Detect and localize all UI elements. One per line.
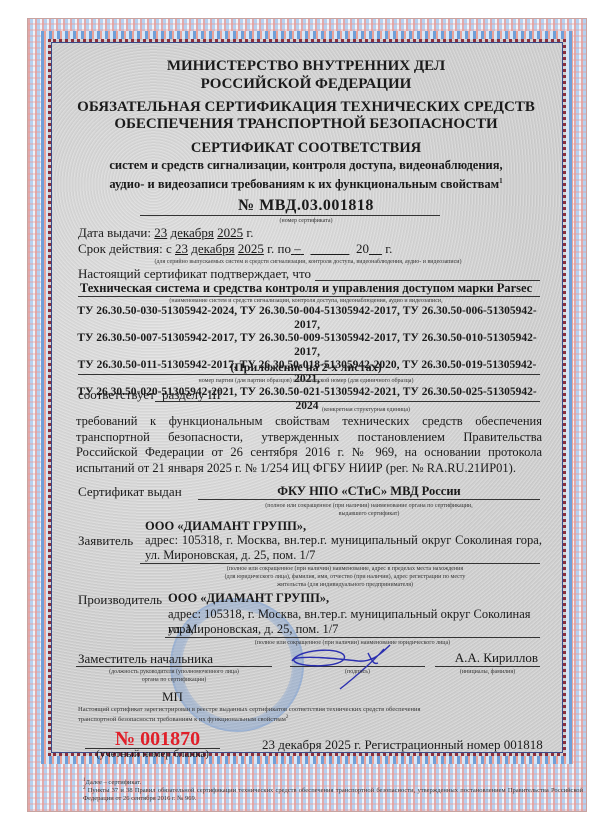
name-caption: (инициалы, фамилия) (435, 668, 540, 676)
validity-caption: (для серийно выпускаемых систем и средст… (78, 258, 538, 266)
registration-number: 23 декабря 2025 г. Регистрационный номер… (262, 737, 543, 753)
tu-line: ТУ 26.30.50-030-51305942-2024, ТУ 26.30.… (72, 305, 542, 332)
issuer-caption-line1: (полное или сокращенное (при наличии) на… (198, 502, 540, 510)
seal-label: МП (162, 689, 183, 705)
validity-period: Срок действия: с 23 декабря 2025 г. по –… (78, 241, 392, 257)
signature-scribble (280, 637, 410, 692)
product-name-caption: (наименование систем и средств сигнализа… (0, 297, 612, 305)
applicant-address-line1: адрес: 105318, г. Москва, вн.тер.г. муни… (145, 533, 542, 548)
issuer-label: Сертификат выдан (78, 484, 182, 500)
applicant-caption-line1: (полное или сокращенное (при наличии) на… (150, 565, 540, 573)
conformity-text: требований к функциональным свойствам те… (76, 414, 542, 476)
cert-system-line1: ОБЯЗАТЕЛЬНАЯ СЕРТИФИКАЦИЯ ТЕХНИЧЕСКИХ СР… (0, 99, 612, 116)
signatory-name: А.А. Кириллов (435, 650, 538, 666)
applicant-name: ООО «ДИАМАНТ ГРУПП», (145, 519, 306, 534)
position-caption-line1: (должность руководителя (уполномоченного… (76, 668, 272, 676)
certificate-number: № МВД.03.001818 (0, 197, 612, 215)
blank-number-line (85, 728, 220, 749)
signature-caption: (подпись) (290, 668, 425, 676)
issue-date: Дата выдачи: 23 декабря 2025 г. (78, 225, 254, 241)
appendix-note: (Приложение на 2-х листах) (0, 360, 612, 375)
product-name: Техническая система и средства контроля … (0, 281, 612, 296)
applicant-address-line2: ул. Мироновская, д. 25, пом. 1/7 (145, 548, 315, 563)
signatory-position: Заместитель начальника (78, 651, 213, 667)
confirms-line (315, 267, 540, 281)
manufacturer-name: ООО «ДИАМАНТ ГРУПП», (168, 591, 329, 606)
issuer-caption-line2: выдавшего сертификат) (198, 510, 540, 518)
conformity-label: соответствует (78, 387, 155, 403)
subtitle-line1: систем и средств сигнализации, контроля … (0, 157, 612, 173)
batch-caption: номер партии (для партии образцов) или з… (0, 377, 612, 385)
applicant-caption-line2: (для юридического лица), фамилия, имя, о… (150, 573, 540, 581)
applicant-label: Заявитель (78, 533, 133, 549)
certificate-number-caption: (номер сертификата) (0, 217, 612, 225)
tu-line: ТУ 26.30.50-007-51305942-2017, ТУ 26.30.… (72, 332, 542, 359)
position-caption-line2: органа по сертификации) (76, 676, 272, 684)
cert-system-line2: ОБЕСПЕЧЕНИЯ ТРАНСПОРТНОЙ БЕЗОПАСНОСТИ (0, 116, 612, 133)
registry-text: Настоящий сертификат зарегистрирован в р… (78, 706, 540, 724)
ministry-line1: МИНИСТЕРСТВО ВНУТРЕННИХ ДЕЛ (0, 57, 612, 75)
applicant-caption-line3: жительства (для индивидуального предприн… (150, 581, 540, 589)
document-title: СЕРТИФИКАТ СООТВЕТСТВИЯ (0, 140, 612, 157)
manufacturer-label: Производитель (78, 592, 162, 608)
subtitle-line2: аудио- и видеозаписи требованиям к их фу… (0, 173, 612, 192)
conformity-caption: (конкретная структурная единица) (120, 406, 612, 414)
footnote-2: 2 Пункты 37 и 38 Правил обязательной сер… (83, 785, 583, 803)
issuer-name: ФКУ НПО «СТиС» МВД России (198, 484, 540, 499)
manufacturer-address-line2: ул. Мироновская, д. 25, пом. 1/7 (168, 622, 338, 637)
conformity-value: разделу III (162, 387, 221, 403)
ministry-line2: РОССИЙСКОЙ ФЕДЕРАЦИИ (0, 75, 612, 93)
blank-number-caption: (учетный номер бланка) (85, 748, 220, 760)
